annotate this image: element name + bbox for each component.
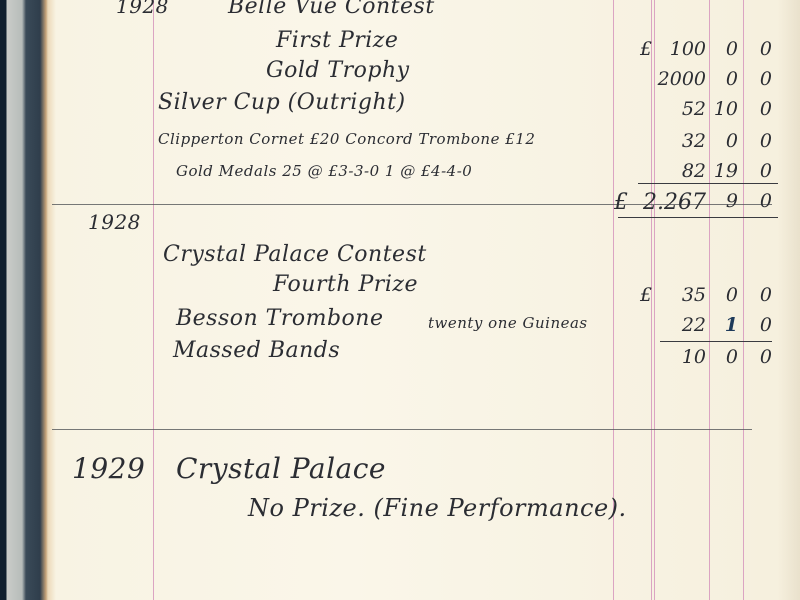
amount-shillings: 0 [710, 284, 738, 306]
entry-line: Silver Cup (Outright) [158, 90, 406, 115]
amount-shillings: 0 [710, 68, 738, 90]
entry-line: Fourth Prize [273, 272, 418, 297]
amount-pounds: 22 [648, 314, 706, 336]
amount-pounds: 100 [648, 38, 706, 60]
book-binding [0, 0, 48, 600]
entry-year: 1928 [116, 0, 169, 18]
amount-shillings: 0 [710, 130, 738, 152]
amount-pence: 0 [744, 98, 772, 120]
amount-pounds: 32 [648, 130, 706, 152]
amount-pence: 0 [744, 68, 772, 90]
entry-title: Crystal Palace [176, 452, 386, 485]
sum-rule [660, 341, 772, 342]
amount-pence: 0 [744, 160, 772, 182]
total-rule [618, 217, 778, 218]
amount-pence: 0 [744, 314, 772, 336]
entry-note: twenty one Guineas [428, 314, 588, 332]
ledger-page: 1928 Belle Vue Contest First Prize Gold … [48, 0, 800, 600]
total-pence: 0 [744, 190, 772, 212]
entry-title: Crystal Palace Contest [163, 242, 427, 267]
amount-shillings: 10 [710, 98, 738, 120]
total-shillings: 9 [710, 190, 738, 212]
amount-pounds: 35 [648, 284, 706, 306]
entry-line: Gold Medals 25 @ £3-3-0 1 @ £4-4-0 [176, 162, 472, 180]
amount-pence: 0 [744, 38, 772, 60]
entry-line: Clipperton Cornet £20 Concord Trombone £… [158, 130, 535, 148]
amount-shillings: 0 [710, 346, 738, 368]
amount-pounds: 52 [648, 98, 706, 120]
entry-year: 1928 [88, 210, 141, 234]
amount-shillings: 19 [710, 160, 738, 182]
amount-shillings: 1 [710, 314, 738, 336]
entry-line: Besson Trombone [176, 306, 384, 331]
entry-title: Belle Vue Contest [228, 0, 435, 19]
entry-line: Gold Trophy [266, 58, 410, 83]
entry-line: No Prize. (Fine Performance). [248, 494, 627, 522]
entry-year: 1929 [72, 452, 145, 485]
margin-rule [153, 0, 154, 600]
amount-pounds: 10 [648, 346, 706, 368]
total-pounds: 2.267 [622, 190, 706, 215]
amount-pence: 0 [744, 284, 772, 306]
amount-pounds: 2000 [648, 68, 706, 90]
entry-line: First Prize [276, 28, 398, 53]
sum-rule [638, 183, 778, 184]
amount-pence: 0 [744, 346, 772, 368]
amount-pounds: 82 [648, 160, 706, 182]
amount-shillings: 0 [710, 38, 738, 60]
entry-line: Massed Bands [173, 338, 340, 363]
entry-separator [52, 429, 752, 430]
amount-pence: 0 [744, 130, 772, 152]
